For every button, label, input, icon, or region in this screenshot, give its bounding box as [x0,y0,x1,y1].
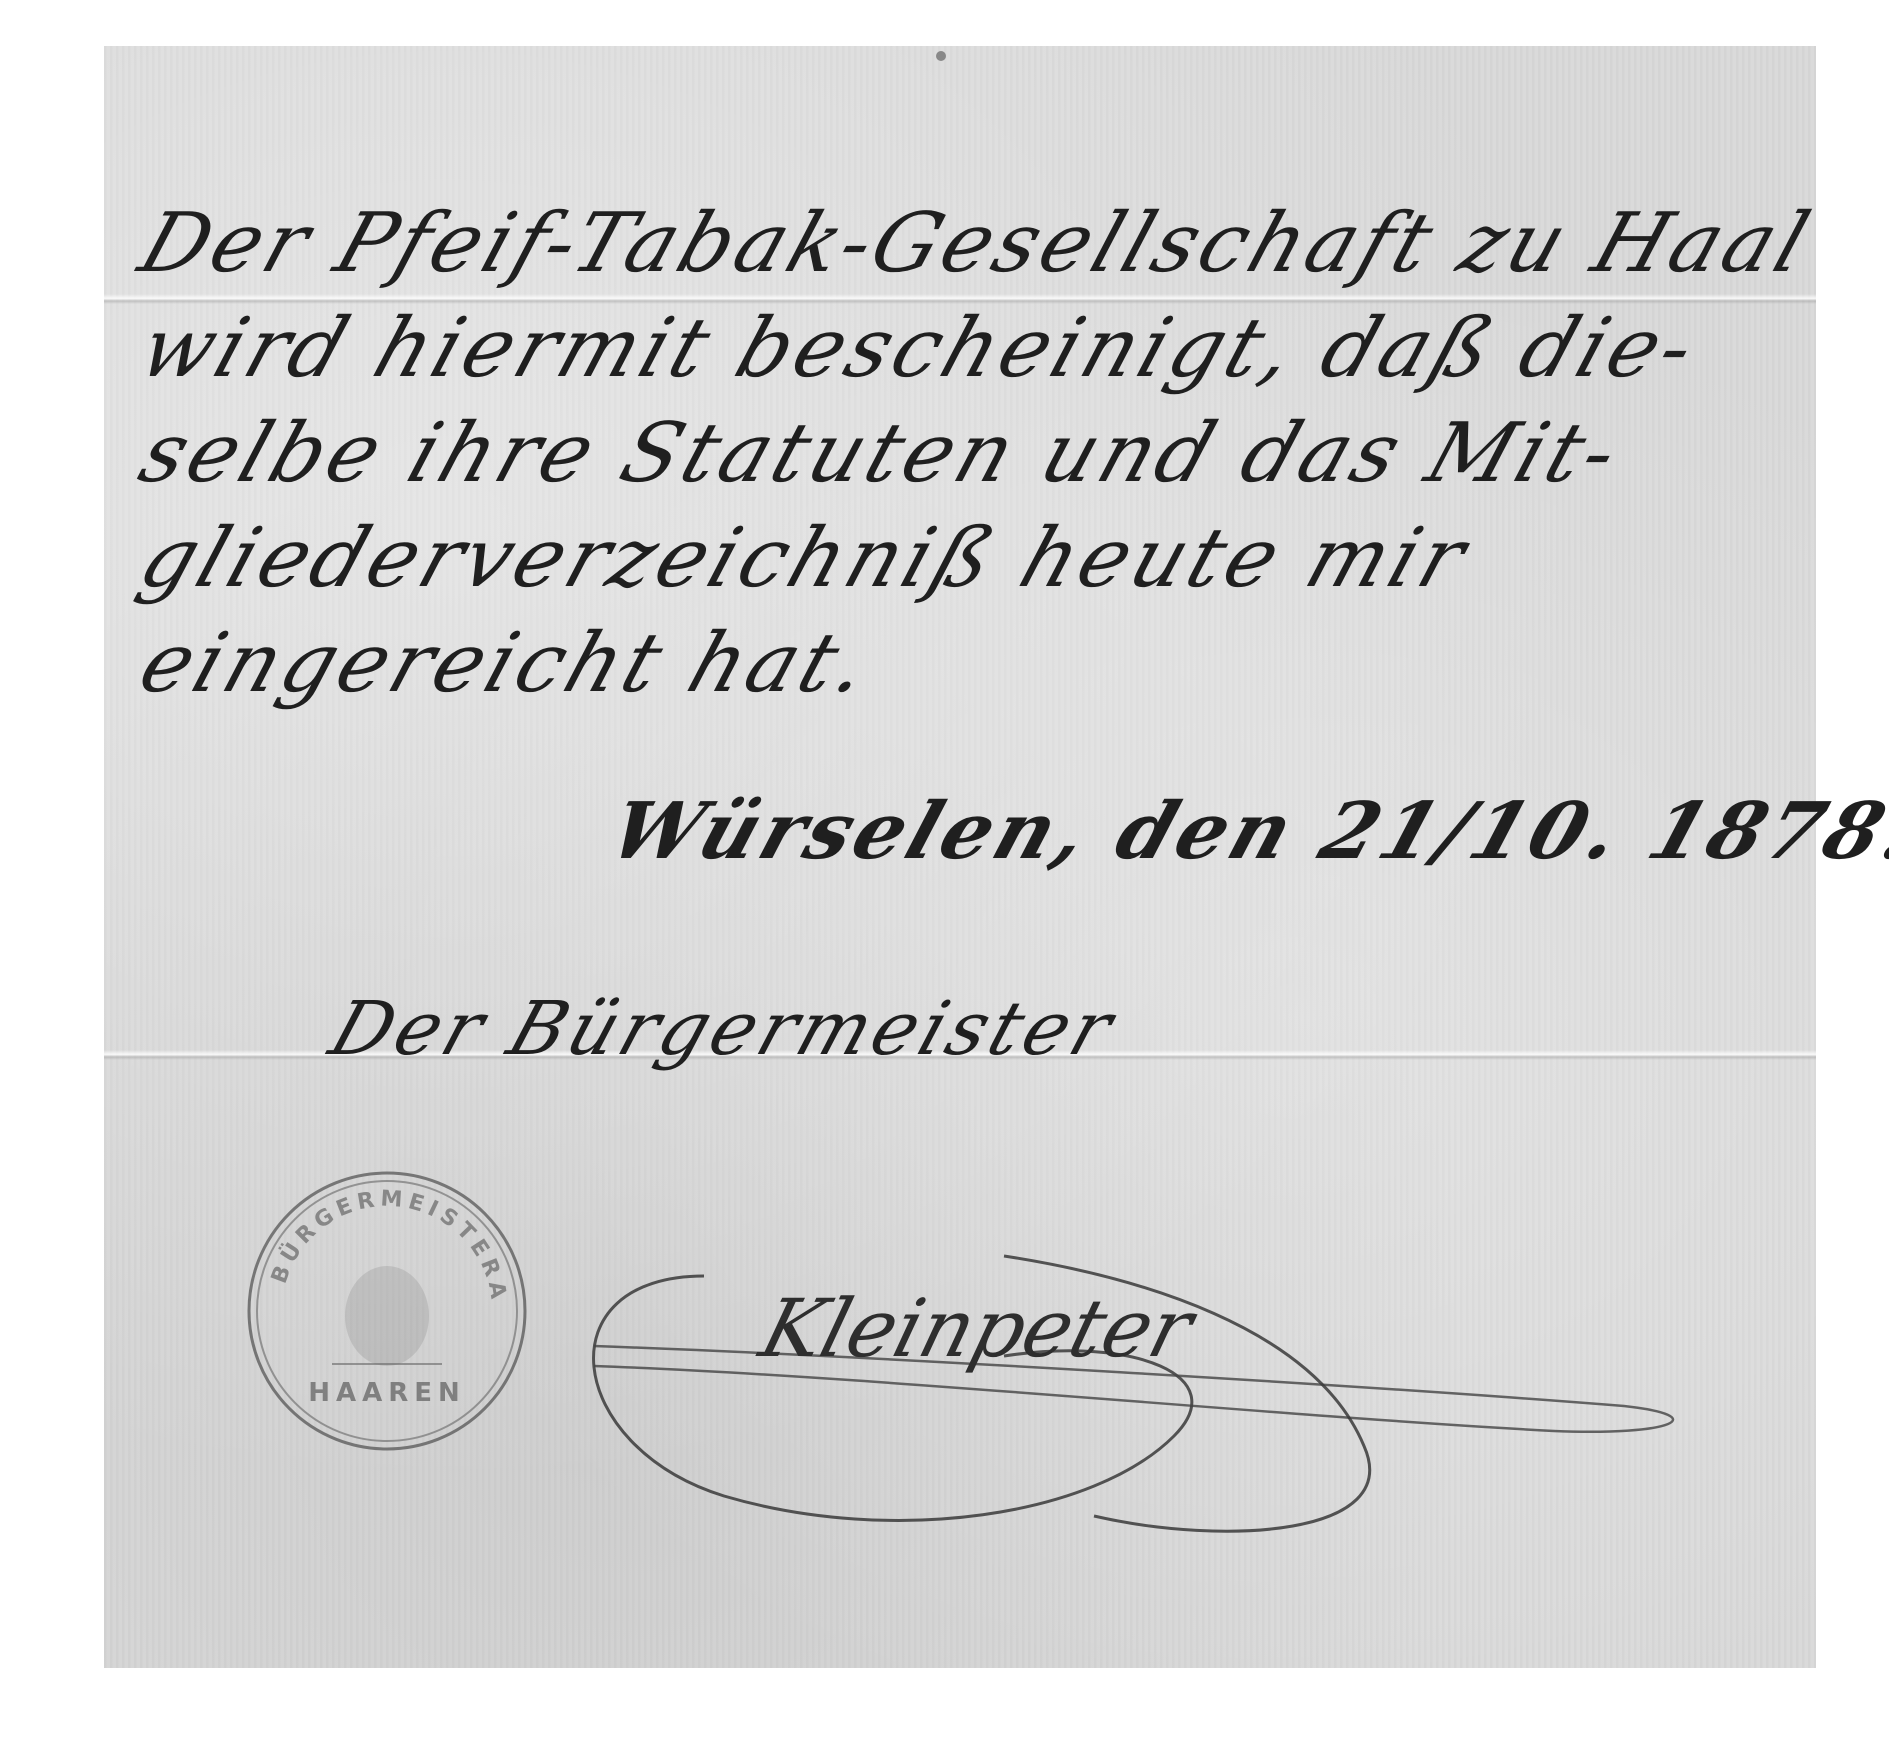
body-line-3: selbe ihre Statuten und das Mit- [129,406,1633,501]
signature: Kleinpeter [574,1216,1754,1546]
signoff-title: Der Bürgermeister [320,986,1126,1072]
body-line-4: gliederverzeichniß heute mir [129,511,1481,606]
paper-spot [936,51,946,61]
document-page: Der Pfeif-Tabak-Gesellschaft zu Haal wir… [104,46,1816,1668]
official-stamp: BÜRGERMEISTERAMT HAAREN [242,1166,532,1456]
place-date: Würselen, den 21/10. 1878. [599,786,1889,877]
body-line-1: Der Pfeif-Tabak-Gesellschaft zu Haal [129,196,1824,291]
body-line-5: eingereicht hat. [129,616,885,711]
body-line-2: wird hiermit bescheinigt, daß die- [129,301,1710,396]
eagle-emblem-icon [345,1266,429,1366]
signature-name: Kleinpeter [749,1282,1206,1375]
stamp-bottom-text: HAAREN [308,1378,466,1408]
